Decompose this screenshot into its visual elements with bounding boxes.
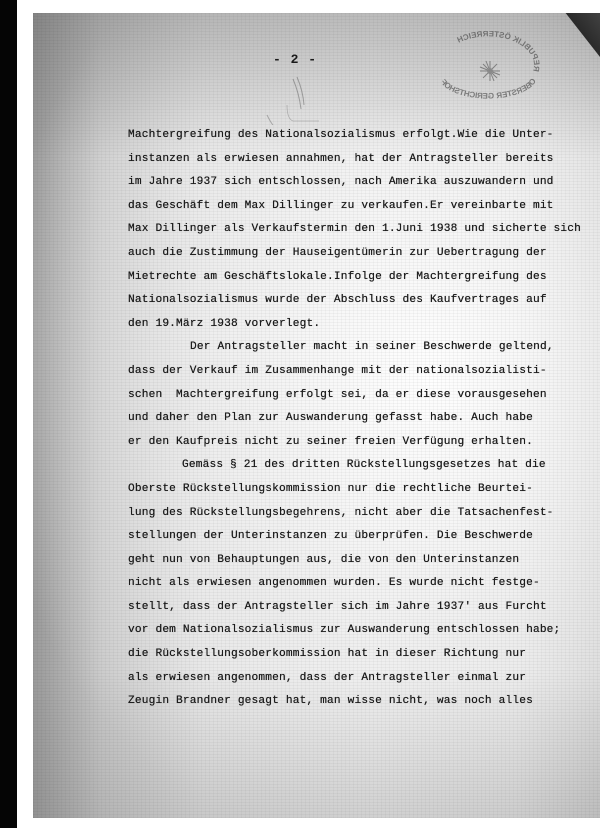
text-line: Oberste Rückstellungskommission nur die … (128, 478, 600, 502)
text-line: die Rückstellungsoberkommission hat in d… (128, 643, 600, 667)
folded-corner (550, 13, 600, 88)
text-line: schen Machtergreifung erfolgt sei, da er… (128, 384, 600, 408)
text-line: im Jahre 1937 sich entschlossen, nach Am… (128, 171, 600, 195)
text-line: Der Antragsteller macht in seiner Beschw… (128, 336, 600, 360)
eagle-seal-icon: REPUBLIK ÖSTERREICH OBERSTER GERICHTSHOF (428, 31, 548, 106)
text-line: Gemäss § 21 des dritten Rückstellungsges… (128, 454, 600, 478)
text-line: vor dem Nationalsozialismus zur Auswande… (128, 619, 600, 643)
document-body: Machtergreifung des Nationalsozialismus … (128, 124, 600, 714)
text-line: Mietrechte am Geschäftslokale.Infolge de… (128, 266, 600, 290)
svg-text:OBERSTER GERICHTSHOF: OBERSTER GERICHTSHOF (439, 77, 538, 101)
text-line: lung des Rückstellungsbegehrens, nicht a… (128, 502, 600, 526)
text-line: stellt, dass der Antragsteller sich im J… (128, 596, 600, 620)
text-line: geht nun von Behauptungen aus, die von d… (128, 549, 600, 573)
text-line: instanzen als erwiesen annahmen, hat der… (128, 148, 600, 172)
svg-text:REPUBLIK ÖSTERREICH: REPUBLIK ÖSTERREICH (456, 31, 542, 72)
text-line: Machtergreifung des Nationalsozialismus … (128, 124, 600, 148)
text-line: Zeugin Brandner gesagt hat, man wisse ni… (128, 690, 600, 714)
page-number: - 2 - (273, 52, 317, 67)
text-line: als erwiesen angenommen, dass der Antrag… (128, 667, 600, 691)
text-line: nicht als erwiesen angenommen wurden. Es… (128, 572, 600, 596)
text-line: Nationalsozialismus wurde der Abschluss … (128, 289, 600, 313)
text-line: stellungen der Unterinstanzen zu überprü… (128, 525, 600, 549)
scanner-edge (0, 0, 17, 828)
text-line: Max Dillinger als Verkaufstermin den 1.J… (128, 218, 600, 242)
text-line: er den Kaufpreis nicht zu seiner freien … (128, 431, 600, 455)
text-line: den 19.März 1938 vorverlegt. (128, 313, 600, 337)
court-stamp: REPUBLIK ÖSTERREICH OBERSTER GERICHTSHOF (428, 31, 548, 106)
pencil-marks (263, 75, 373, 125)
text-line: und daher den Plan zur Auswanderung gefa… (128, 407, 600, 431)
text-line: auch die Zustimmung der Hauseigentümerin… (128, 242, 600, 266)
scanned-page: REPUBLIK ÖSTERREICH OBERSTER GERICHTSHOF… (33, 13, 600, 818)
text-line: das Geschäft dem Max Dillinger zu verkau… (128, 195, 600, 219)
text-line: dass der Verkauf im Zusammenhange mit de… (128, 360, 600, 384)
